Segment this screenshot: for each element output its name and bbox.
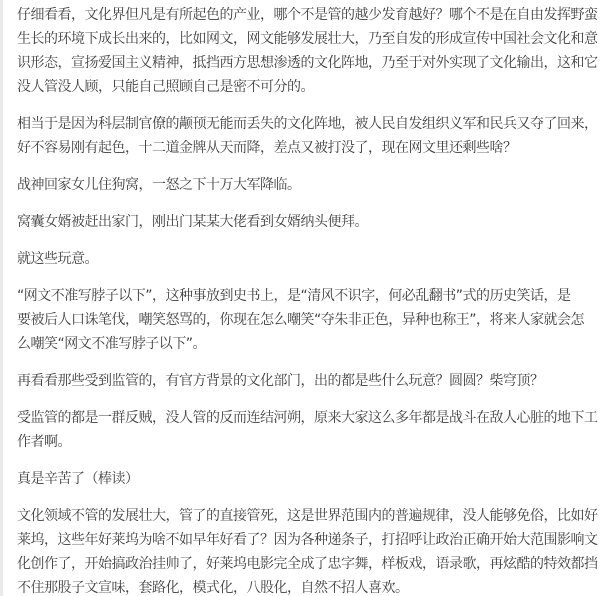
text-line: 战神回家女儿住狗窝，一怒之下十万大军降临。 <box>17 173 600 197</box>
text-line: 仔细看看，文化界但凡是有所起色的产业，哪个不是管的越少发育越好？哪个不是在自由发… <box>17 3 600 27</box>
paragraph: 文化领域不管的发展壮大，管了的直接管死，这是世界范围内的普遍规律，没人能够免俗，… <box>17 504 600 596</box>
paragraph: 相当于是因为科层制官僚的颟顸无能而丢失的文化阵地，被人民自发组织义军和民兵又夺了… <box>17 112 600 160</box>
text-line: 文化领域不管的发展壮大，管了的直接管死，这是世界范围内的普遍规律，没人能够免俗，… <box>17 504 600 528</box>
text-line: 再看看那些受到监管的，有官方背景的文化部门，出的都是些什么玩意？圆圆？柴穹顶？ <box>17 369 600 393</box>
text-line: 就这些玩意。 <box>17 247 600 271</box>
paragraph: 仔细看看，文化界但凡是有所起色的产业，哪个不是管的越少发育越好？哪个不是在自由发… <box>17 3 600 99</box>
paragraph: 受监管的都是一群反贼，没人管的反而连结河朔，原来大家这么多年都是战斗在敌人心脏的… <box>17 406 600 454</box>
left-edge-strip <box>0 0 3 596</box>
paragraph: “网文不准写脖子以下”，这种事放到史书上，是“清风不识字，何必乱翻书”式的历史笑… <box>17 284 600 356</box>
text-line: 么嘲笑“网文不准写脖子以下”。 <box>17 332 600 356</box>
text-line: 没人管没人顾，只能自己照顾自己是密不可分的。 <box>17 75 600 99</box>
paragraph: 就这些玩意。 <box>17 247 600 271</box>
paragraph: 真是辛苦了（棒读） <box>17 467 600 491</box>
paragraph: 再看看那些受到监管的，有官方背景的文化部门，出的都是些什么玩意？圆圆？柴穹顶？ <box>17 369 600 393</box>
text-line: 相当于是因为科层制官僚的颟顸无能而丢失的文化阵地，被人民自发组织义军和民兵又夺了… <box>17 112 600 136</box>
article-body: 仔细看看，文化界但凡是有所起色的产业，哪个不是管的越少发育越好？哪个不是在自由发… <box>0 0 600 596</box>
text-line: 好不容易刚有起色，十二道金牌从天而降，差点又被打没了，现在网文里还剩些啥？ <box>17 136 600 160</box>
text-line: 化创作了，开始搞政治挂帅了，好莱坞电影完全成了忠字舞，样板戏，语录歌，再炫酷的特… <box>17 552 600 576</box>
text-line: 莱坞，这些年好莱坞为啥不如早年好看了？因为各种递条子，打招呼让政治正确开始大范围… <box>17 528 600 552</box>
text-line: 要被后人口诛笔伐，嘲笑怒骂的，你现在怎么嘲笑“夺朱非正色，异种也称王”，将来人家… <box>17 308 600 332</box>
text-line: 窝囊女婿被赶出家门，刚出门某某大佬看到女婿纳头便拜。 <box>17 210 600 234</box>
page: { "theme": { "background_color": "#fffff… <box>0 0 600 596</box>
paragraph: 窝囊女婿被赶出家门，刚出门某某大佬看到女婿纳头便拜。 <box>17 210 600 234</box>
text-line: 受监管的都是一群反贼，没人管的反而连结河朔，原来大家这么多年都是战斗在敌人心脏的… <box>17 406 600 430</box>
text-line: 生长的环境下成长出来的，比如网文，网文能够发展壮大，乃至自发的形成宣传中国社会文… <box>17 27 600 51</box>
text-line: “网文不准写脖子以下”，这种事放到史书上，是“清风不识字，何必乱翻书”式的历史笑… <box>17 284 600 308</box>
paragraph: 战神回家女儿住狗窝，一怒之下十万大军降临。 <box>17 173 600 197</box>
text-line: 不住那股子文宣味，套路化，模式化，八股化，自然不招人喜欢。 <box>17 576 600 596</box>
text-line: 识形态，宣扬爱国主义精神，抵挡西方思想渗透的文化阵地，乃至于对外实现了文化输出，… <box>17 51 600 75</box>
text-line: 真是辛苦了（棒读） <box>17 467 600 491</box>
text-line: 作者啊。 <box>17 430 600 454</box>
